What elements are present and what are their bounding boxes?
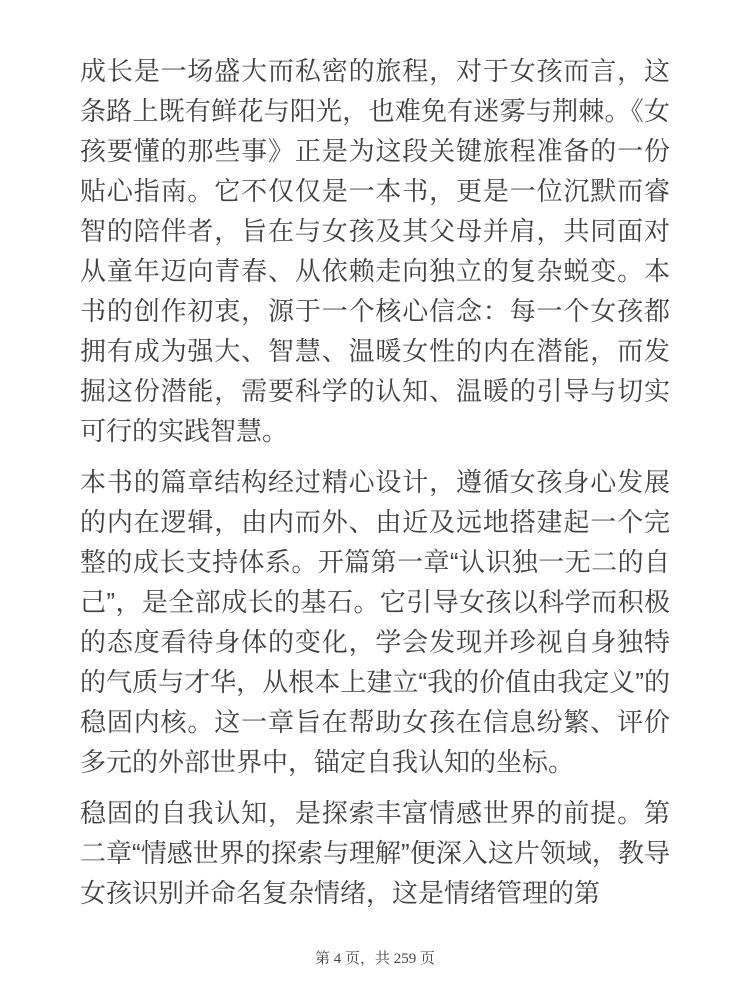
paragraph-1: 成长是一场盛大而私密的旅程，对于女孩而言，这条路上既有鲜花与阳光，也难免有迷雾与…: [80, 51, 670, 451]
document-page: 成长是一场盛大而私密的旅程，对于女孩而言，这条路上既有鲜花与阳光，也难免有迷雾与…: [0, 0, 750, 1000]
page-number-footer: 第 4 页，共 259 页: [0, 950, 750, 968]
page-body-text: 成长是一场盛大而私密的旅程，对于女孩而言，这条路上既有鲜花与阳光，也难免有迷雾与…: [80, 51, 670, 924]
paragraph-2: 本书的篇章结构经过精心设计，遵循女孩身心发展的内在逻辑，由内而外、由近及远地搭建…: [80, 462, 670, 782]
paragraph-3: 稳固的自我认知，是探索丰富情感世界的前提。第二章“情感世界的探索与理解”便深入这…: [80, 793, 670, 913]
